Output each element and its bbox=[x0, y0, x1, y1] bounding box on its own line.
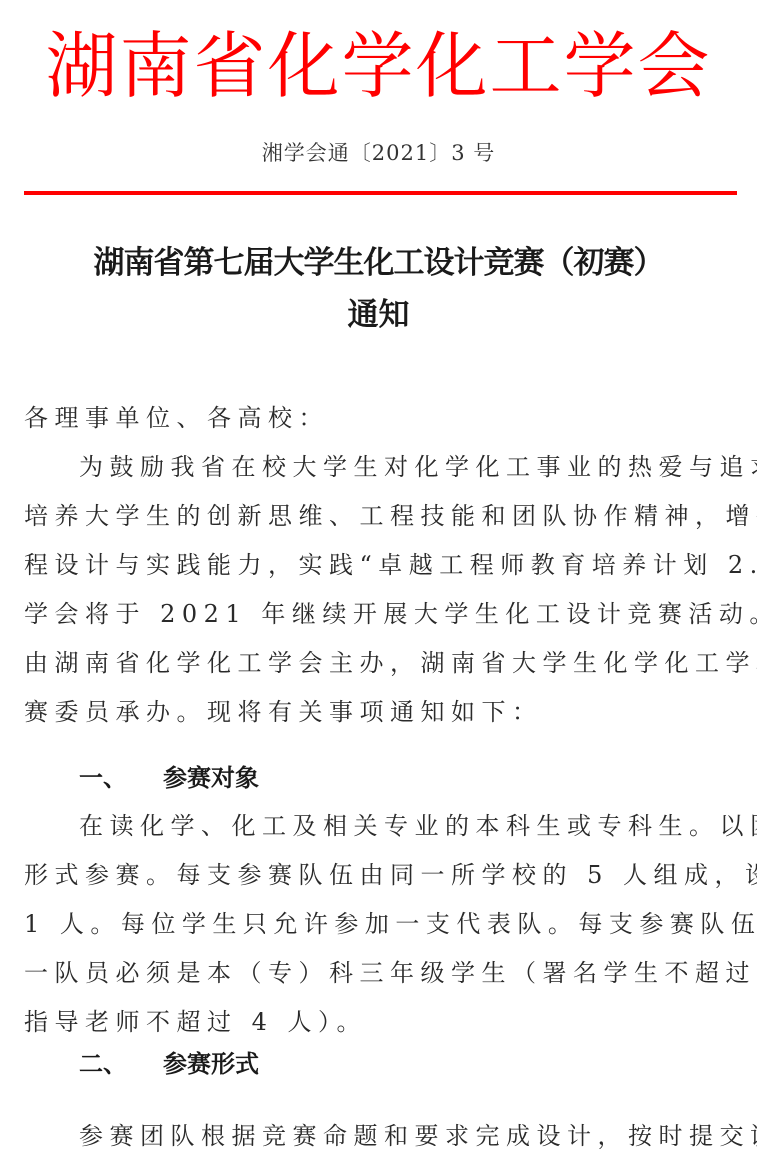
intro-line: 程设计与实践能力，实践“卓越工程师教育培养计划 2.0”， bbox=[24, 541, 736, 590]
section-heading-1: 一、参赛对象 bbox=[79, 758, 259, 798]
org-title: 湖南省化学化工学会 bbox=[0, 22, 757, 110]
section-2-line: 参赛团队根据竞赛命题和要求完成设计，按时提交设计 bbox=[79, 1112, 736, 1161]
document-number: 湘学会通〔2021〕3 号 bbox=[0, 138, 757, 168]
section-1-line: 在读化学、化工及相关专业的本科生或专科生。以团队 bbox=[79, 802, 736, 851]
section-title: 参赛形式 bbox=[163, 1050, 259, 1078]
section-number: 一、 bbox=[79, 758, 163, 798]
intro-line: 学会将于 2021 年继续开展大学生化工设计竞赛活动。初赛 bbox=[24, 590, 736, 639]
section-1-line: 指导老师不超过 4 人）。 bbox=[24, 998, 736, 1047]
intro-line: 由湖南省化学化工学会主办，湖南省大学生化学化工学科竞 bbox=[24, 639, 736, 688]
intro-line: 赛委员承办。现将有关事项通知如下： bbox=[24, 688, 736, 737]
section-1-line: 1 人。每位学生只允许参加一支代表队。每支参赛队伍的第 bbox=[24, 900, 736, 949]
notice-title-line-2: 通知 bbox=[0, 293, 757, 337]
section-heading-2: 二、参赛形式 bbox=[79, 1044, 259, 1084]
red-divider-rule bbox=[24, 191, 737, 195]
intro-line: 培养大学生的创新思维、工程技能和团队协作精神，增强工 bbox=[24, 492, 736, 541]
section-1-line: 形式参赛。每支参赛队伍由同一所学校的 5 人组成，设队长 bbox=[24, 851, 736, 900]
section-1-line: 一队员必须是本（专）科三年级学生（署名学生不超过 5 人、 bbox=[24, 949, 736, 998]
section-number: 二、 bbox=[79, 1044, 163, 1084]
intro-line: 为鼓励我省在校大学生对化学化工事业的热爱与追求， bbox=[79, 443, 736, 492]
section-title: 参赛对象 bbox=[163, 764, 259, 792]
notice-title-line-1: 湖南省第七届大学生化工设计竞赛（初赛） bbox=[0, 241, 757, 285]
salutation: 各理事单位、各高校： bbox=[24, 394, 736, 443]
